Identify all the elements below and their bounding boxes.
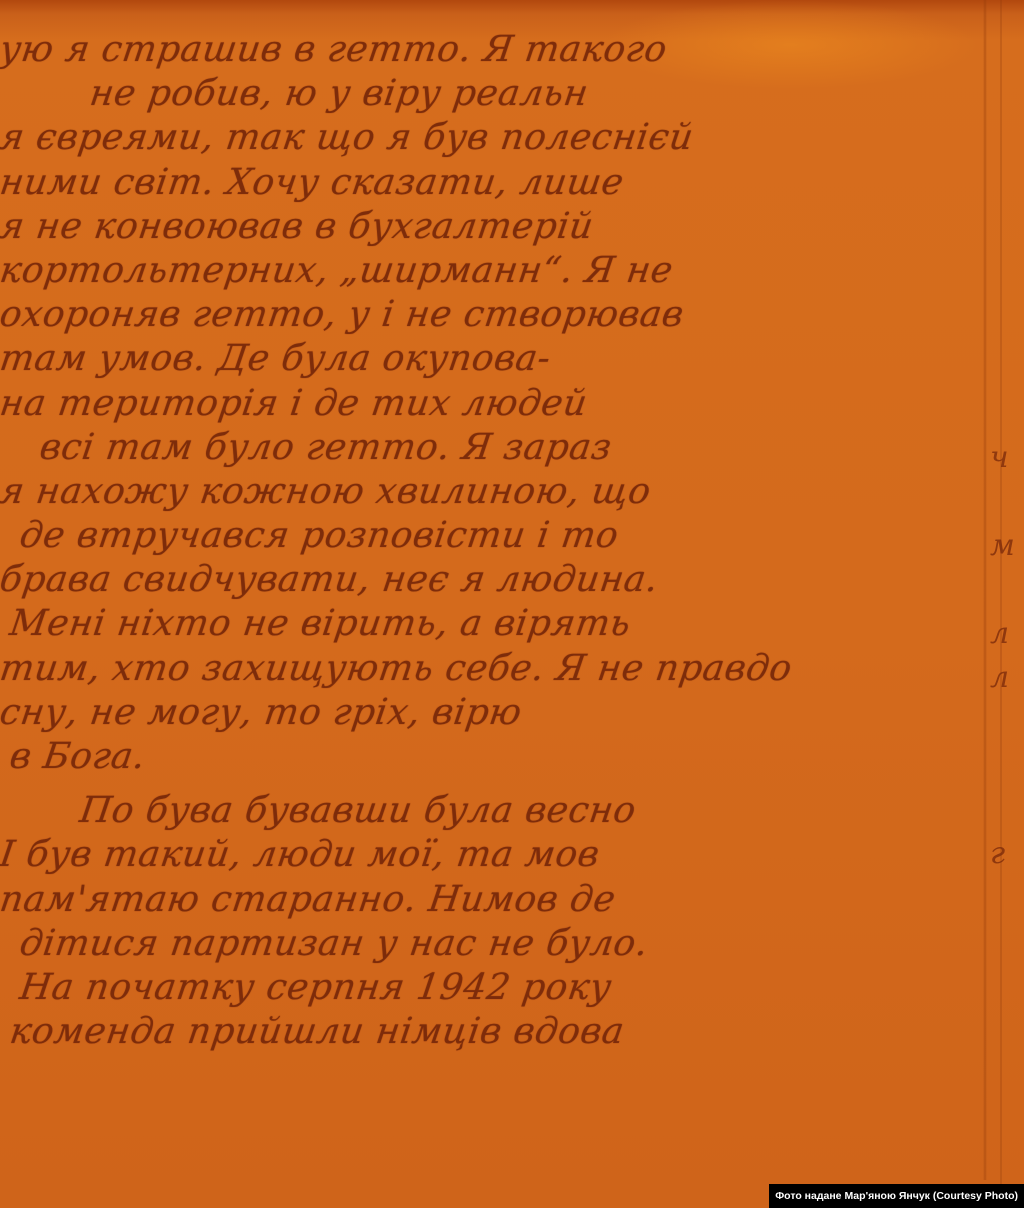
handwritten-line: де втручався розповісти і то — [0, 514, 988, 558]
handwritten-line: На початку серпня 1942 року — [0, 966, 988, 1010]
handwritten-line: я євреями, так що я був полеснієй — [0, 116, 988, 160]
handwritten-line: ую я страшив в гетто. Я такого — [0, 28, 988, 72]
handwritten-line: в Бога. — [0, 735, 988, 779]
handwritten-line: брава свидчувати, неє я людина. — [0, 558, 988, 602]
handwritten-line: дітися партизан у нас не було. — [0, 922, 988, 966]
adjacent-page-edge: ч м л л г — [990, 40, 1024, 1180]
photo-credit-caption: Фото надане Мар'яною Янчук (Courtesy Pho… — [769, 1184, 1024, 1208]
handwritten-line: тим, хто захищують себе. Я не правдо — [0, 647, 988, 691]
handwritten-line: Мені ніхто не вірить, а вірять — [0, 602, 988, 646]
handwritten-line: кортольтерних, „ширманн“. Я не — [0, 249, 988, 293]
adjacent-page-mark: ч — [990, 436, 1024, 480]
handwritten-line: коменда прийшли німців вдова — [0, 1010, 988, 1054]
handwritten-line: По бува бувавши була весно — [0, 789, 988, 833]
adjacent-page-mark: л — [990, 612, 1024, 656]
handwritten-line: ними світ. Хочу сказати, лише — [0, 161, 988, 205]
handwritten-line: охороняв гетто, у і не створював — [0, 293, 988, 337]
handwritten-line: на територія і де тих людей — [0, 382, 988, 426]
handwritten-line: не робив, ю у віру реальн — [0, 72, 988, 116]
handwritten-line: там умов. Де була окупова- — [0, 337, 988, 381]
handwritten-line: сну, не могу, то гріх, вірю — [0, 691, 988, 735]
handwritten-line: я не конвоював в бухгалтерій — [0, 205, 988, 249]
adjacent-page-mark: м — [990, 524, 1024, 568]
handwritten-line: я нахожу кожною хвилиною, що — [0, 470, 988, 514]
handwritten-line: пам'ятаю старанно. Нимов де — [0, 878, 988, 922]
adjacent-page-mark: г — [990, 832, 1024, 876]
handwritten-line: всі там було гетто. Я зараз — [0, 426, 988, 470]
handwritten-line: І був такий, люди мої, та мов — [0, 833, 988, 877]
handwritten-text: ую я страшив в гетто. Я такого не робив,… — [0, 28, 985, 1054]
adjacent-page-mark: л — [990, 656, 1024, 700]
